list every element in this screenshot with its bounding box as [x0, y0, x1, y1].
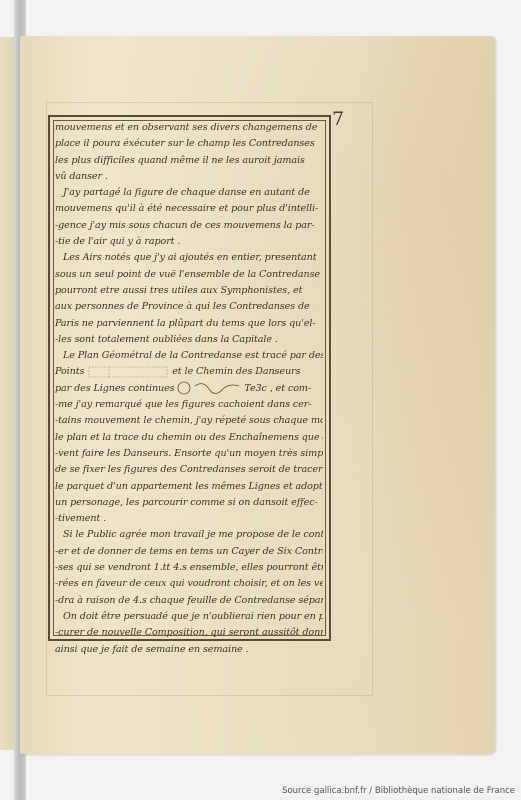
text-line: de se fixer les figures des Contredanses… — [55, 462, 323, 478]
source-attribution: Source gallica.bnf.fr / Bibliothèque nat… — [282, 786, 515, 796]
text-line: -dra à raison de 4.s chaque feuille de C… — [55, 593, 323, 609]
text-line: -er et de donner de tems en tems un Caye… — [55, 544, 323, 560]
page-number: 7 — [332, 108, 344, 130]
text-line: Les Airs notés que j'y ai ajoutés en ent… — [55, 250, 323, 266]
text-line: pourront etre aussi tres utiles aux Symp… — [55, 283, 323, 299]
text-line: mouvemens et en observant ses divers cha… — [55, 120, 323, 136]
text-line: un personage, les parcourir comme si on … — [55, 495, 323, 511]
text-line: Si le Public agrée mon travail je me pro… — [55, 527, 323, 543]
text-line: -rées en faveur de ceux qui voudront cho… — [55, 576, 323, 592]
engraved-text: mouvemens et en observant ses divers cha… — [55, 120, 323, 658]
text-line: mouvemens qu'il à été necessaire et pour… — [55, 201, 323, 217]
chemin-label: et le Chemin des Danseurs — [172, 366, 300, 377]
text-line: le plan et la trace du chemin ou des Enc… — [55, 430, 323, 446]
dotted-points-diagram — [87, 366, 169, 378]
text-line: les plus difficiles quand même il ne les… — [55, 153, 323, 169]
text-line: J'ay partagé la figure de chaque danse e… — [55, 185, 323, 201]
text-line: -me j'ay remarqué que les figures cachoi… — [55, 397, 323, 413]
text-line: -ses qui se vendront 1.tt 4.s ensemble, … — [55, 560, 323, 576]
continuous-line-diagram — [177, 381, 241, 395]
text-line: le parquet d'un appartement les mêmes Li… — [55, 479, 323, 495]
text-line: place il poura éxécuter sur le champ les… — [55, 136, 323, 152]
text-line: aux personnes de Province à qui les Cont… — [55, 299, 323, 315]
etc-label: Te3c , et com- — [244, 383, 311, 394]
text-line: -les sont totalement oubliées dans la Ca… — [55, 332, 323, 348]
text-line: vû danser . — [55, 169, 323, 185]
text-line: Paris ne parviennent la plûpart du tems … — [55, 316, 323, 332]
text-frame: mouvemens et en observant ses divers cha… — [48, 115, 331, 641]
text-line-lignes: par des Lignes continues Te3c , et com- — [55, 381, 323, 397]
text-line: ainsi que je fait de semaine en semaine … — [55, 642, 323, 658]
text-line-points: Points et le Chemin des Danseurs — [55, 364, 323, 380]
text-line: -vent faire les Danseurs. Ensorte qu'un … — [55, 446, 323, 462]
text-line: -gence j'ay mis sous chacun de ces mouve… — [55, 218, 323, 234]
text-line: -tivement . — [55, 511, 323, 527]
text-line: -tains mouvement le chemin, j'ay répeté … — [55, 413, 323, 429]
text-line: -curer de nouvelle Composition, qui sero… — [55, 625, 323, 641]
text-line: Le Plan Géométral de la Contredanse est … — [55, 348, 323, 364]
lignes-label: par des Lignes continues — [55, 383, 175, 394]
points-label: Points — [55, 366, 84, 377]
text-line: On doit être persuadé que je n'oublierai… — [55, 609, 323, 625]
scanned-page: 7 mouvemens et en observant ses divers c… — [20, 36, 495, 754]
text-line: sous un seul point de vuë l'ensemble de … — [55, 267, 323, 283]
text-line: -tie de l'air qui y à raport . — [55, 234, 323, 250]
